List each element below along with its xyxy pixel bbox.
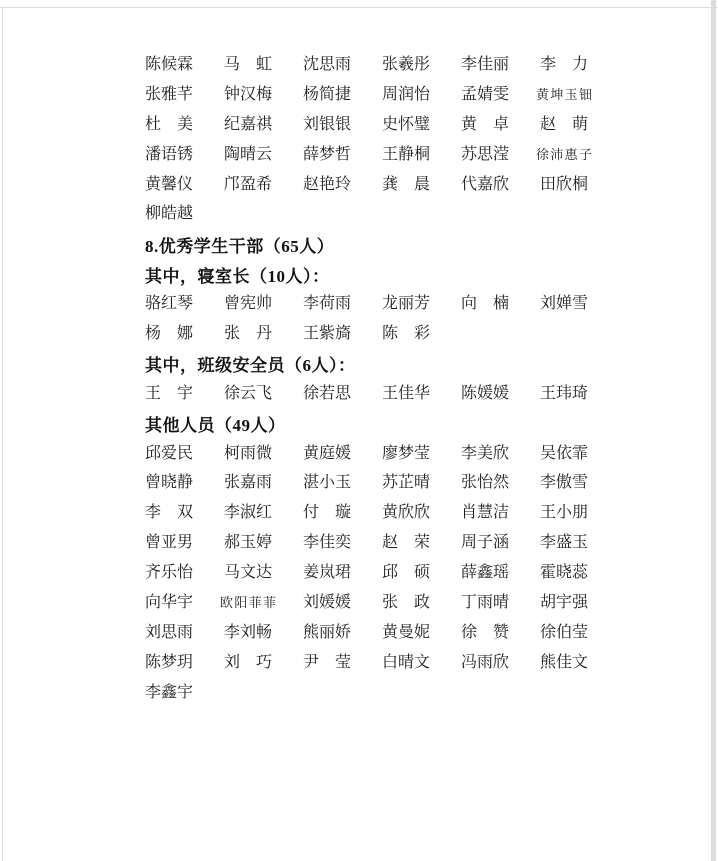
student-name: 钟汉梅: [224, 87, 272, 103]
page-border-left: [2, 7, 3, 861]
name-row: 柳皓越: [145, 199, 595, 229]
student-name: 黄欣欣: [382, 505, 430, 521]
student-name: 霍晓蕊: [540, 565, 588, 581]
student-name: 刘思雨: [145, 625, 193, 641]
student-name: 欧阳菲菲: [220, 596, 276, 609]
student-name: 熊丽娇: [303, 625, 351, 641]
student-name: 向楠: [461, 296, 509, 312]
name-row: 李双李淑红付璇黄欣欣肖慧洁王小朋: [145, 498, 595, 528]
student-name: 付璇: [303, 505, 351, 521]
student-name: 向华宇: [145, 595, 193, 611]
student-name: 骆红琴: [145, 296, 193, 312]
student-name: 刘婵雪: [540, 296, 588, 312]
student-name: 徐赞: [461, 625, 509, 641]
heading-line: 其中，寝室长（10人）：: [145, 259, 595, 289]
section-heading: 8.优秀学生干部（65人）: [145, 232, 334, 257]
student-name: 代嘉欣: [461, 177, 509, 193]
student-name: 刘媛媛: [303, 595, 351, 611]
student-name: 邝盈希: [224, 177, 272, 193]
student-name: 张怡然: [461, 475, 509, 491]
scrollbar-track[interactable]: [711, 0, 716, 861]
student-name: 沈思雨: [303, 57, 351, 73]
name-row: 杨娜张丹王紫旖陈彩: [145, 319, 595, 349]
name-row: 刘思雨李刘畅熊丽娇黄曼妮徐赞徐伯莹: [145, 618, 595, 648]
student-name: 郝玉婷: [224, 535, 272, 551]
name-row: 李鑫宇: [145, 678, 595, 708]
name-row: 曾晓静张嘉雨湛小玉苏芷晴张怡然李傲雪: [145, 468, 595, 498]
student-name: 李傲雪: [540, 475, 588, 491]
student-name: 黄坤玉钿: [536, 88, 592, 101]
student-name: 张羲彤: [382, 57, 430, 73]
student-name: 曾亚男: [145, 535, 193, 551]
student-name: 姜岚珺: [303, 565, 351, 581]
name-row: 王宇徐云飞徐若思王佳华陈媛媛王玮琦: [145, 379, 595, 409]
student-name: 薛梦哲: [303, 147, 351, 163]
student-name: 尹莹: [303, 655, 351, 671]
student-name: 陶晴云: [224, 147, 272, 163]
name-row: 邱爱民柯雨微黄庭媛廖梦莹李美欣吴依霏: [145, 439, 595, 469]
section-heading: 其中，寝室长（10人）：: [145, 262, 330, 287]
student-name: 赵荣: [382, 535, 430, 551]
student-name: 田欣桐: [540, 177, 588, 193]
name-row: 黄馨仪邝盈希赵艳玲龚晨代嘉欣田欣桐: [145, 170, 595, 200]
student-name: 陈候霖: [145, 57, 193, 73]
student-name: 孟婧雯: [461, 87, 509, 103]
student-name: 王静桐: [382, 147, 430, 163]
student-name: 薛鑫瑶: [461, 565, 509, 581]
student-name: 张雅芊: [145, 87, 193, 103]
student-name: 徐云飞: [224, 386, 272, 402]
student-name: 李双: [145, 505, 193, 521]
student-name: 熊佳文: [540, 655, 588, 671]
student-name: 李盛玉: [540, 535, 588, 551]
student-name: 刘巧: [224, 655, 272, 671]
student-name: 杨简捷: [303, 87, 351, 103]
student-name: 徐若思: [303, 386, 351, 402]
student-name: 马文达: [224, 565, 272, 581]
student-name: 张政: [382, 595, 430, 611]
student-name: 冯雨欣: [461, 655, 509, 671]
name-row: 骆红琴曾宪帅李荷雨龙丽芳向楠刘婵雪: [145, 289, 595, 319]
page-border-top: [0, 7, 718, 8]
student-name: 湛小玉: [303, 475, 351, 491]
student-name: 潘语锈: [145, 147, 193, 163]
student-name: 李淑红: [224, 505, 272, 521]
student-name: 李鑫宇: [145, 685, 193, 701]
student-name: 李刘畅: [224, 625, 272, 641]
student-name: 邱硕: [382, 565, 430, 581]
student-name: 史怀璧: [382, 117, 430, 133]
heading-line: 8.优秀学生干部（65人）: [145, 229, 595, 259]
student-name: 黄庭媛: [303, 446, 351, 462]
student-name: 龙丽芳: [382, 296, 430, 312]
section-heading: 其中，班级安全员（6人）：: [145, 351, 356, 376]
student-name: 龚晨: [382, 177, 430, 193]
student-name: 王紫旖: [303, 326, 351, 342]
student-name: 张丹: [224, 326, 272, 342]
student-name: 赵艳玲: [303, 177, 351, 193]
student-name: 黄曼妮: [382, 625, 430, 641]
student-name: 徐沛惠子: [536, 148, 592, 161]
student-name: 苏芷晴: [382, 475, 430, 491]
student-name: 白晴文: [382, 655, 430, 671]
student-name: 陈梦玥: [145, 655, 193, 671]
student-name: 王小朋: [540, 505, 588, 521]
name-row: 杜美纪嘉祺刘银银史怀璧黄卓赵萌: [145, 110, 595, 140]
name-row: 齐乐怡马文达姜岚珺邱硕薛鑫瑶霍晓蕊: [145, 558, 595, 588]
student-name: 李佳丽: [461, 57, 509, 73]
document-content: 陈候霖马虹沈思雨张羲彤李佳丽李力张雅芊钟汉梅杨简捷周润怡孟婧雯黄坤玉钿杜美纪嘉祺…: [145, 50, 595, 708]
student-name: 胡宇强: [540, 595, 588, 611]
student-name: 李美欣: [461, 446, 509, 462]
student-name: 肖慧洁: [461, 505, 509, 521]
student-name: 马虹: [224, 57, 272, 73]
student-name: 吴依霏: [540, 446, 588, 462]
student-name: 赵萌: [540, 117, 588, 133]
student-name: 杨娜: [145, 326, 193, 342]
student-name: 李荷雨: [303, 296, 351, 312]
student-name: 苏思滢: [461, 147, 509, 163]
heading-line: 其他人员（49人）: [145, 409, 595, 439]
heading-line: 其中，班级安全员（6人）：: [145, 349, 595, 379]
student-name: 杜美: [145, 117, 193, 133]
student-name: 王宇: [145, 386, 193, 402]
section-heading: 其他人员（49人）: [145, 411, 286, 436]
student-name: 陈媛媛: [461, 386, 509, 402]
student-name: 周子涵: [461, 535, 509, 551]
name-row: 陈候霖马虹沈思雨张羲彤李佳丽李力: [145, 50, 595, 80]
student-name: 徐伯莹: [540, 625, 588, 641]
student-name: 柯雨微: [224, 446, 272, 462]
student-name: 曾晓静: [145, 475, 193, 491]
name-row: 曾亚男郝玉婷李佳奕赵荣周子涵李盛玉: [145, 528, 595, 558]
student-name: 曾宪帅: [224, 296, 272, 312]
student-name: 王玮琦: [540, 386, 588, 402]
student-name: 陈彩: [382, 326, 430, 342]
student-name: 王佳华: [382, 386, 430, 402]
student-name: 周润怡: [382, 87, 430, 103]
student-name: 齐乐怡: [145, 565, 193, 581]
name-row: 张雅芊钟汉梅杨简捷周润怡孟婧雯黄坤玉钿: [145, 80, 595, 110]
student-name: 纪嘉祺: [224, 117, 272, 133]
student-name: 丁雨晴: [461, 595, 509, 611]
student-name: 李佳奕: [303, 535, 351, 551]
student-name: 邱爱民: [145, 446, 193, 462]
student-name: 李力: [540, 57, 588, 73]
name-row: 向华宇欧阳菲菲刘媛媛张政丁雨晴胡宇强: [145, 588, 595, 618]
student-name: 黄馨仪: [145, 177, 193, 193]
name-row: 陈梦玥刘巧尹莹白晴文冯雨欣熊佳文: [145, 648, 595, 678]
student-name: 廖梦莹: [382, 446, 430, 462]
student-name: 刘银银: [303, 117, 351, 133]
student-name: 柳皓越: [145, 206, 193, 222]
name-row: 潘语锈陶晴云薛梦哲王静桐苏思滢徐沛惠子: [145, 140, 595, 170]
student-name: 黄卓: [461, 117, 509, 133]
student-name: 张嘉雨: [224, 475, 272, 491]
